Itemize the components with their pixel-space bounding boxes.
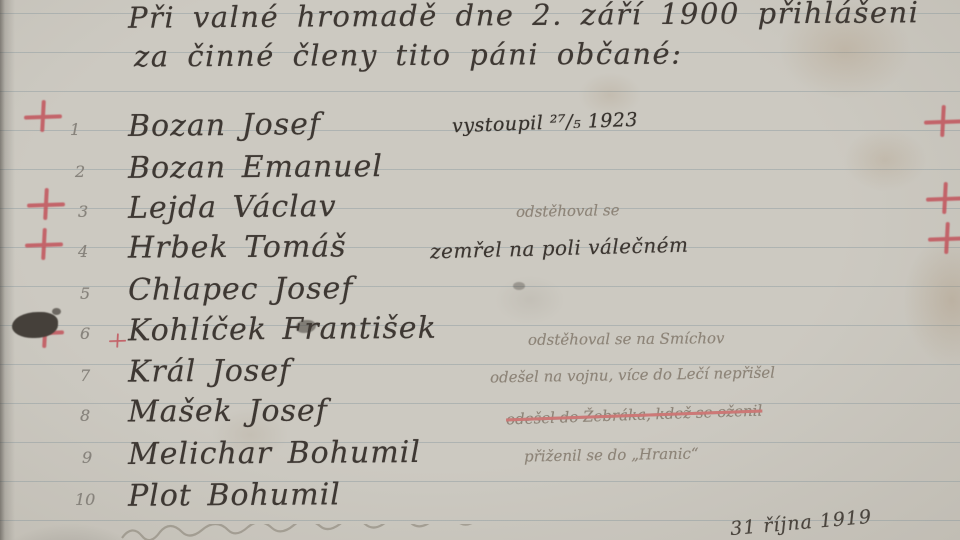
member-name: Mašek Josef [128,393,328,429]
member-name: Král Josef [128,353,291,389]
member-row: 3 Lejda Václav odstěhoval se [0,190,960,230]
member-row: 1 Bozan Josef vystoupil ²⁷/₅ 1923 [0,108,960,148]
member-note: odstěhoval se [516,201,620,221]
member-note: odešel na vojnu, více do Lečí nepřišel [490,364,775,387]
member-note: odstěhoval se na Smíchov [528,329,725,349]
member-name: Kohlíček František [128,311,437,349]
header-line-2: za činné členy tito páni občané: [134,37,683,74]
header-line-1: Při valné hromadě dne 2. září 1900 přihl… [128,0,920,35]
member-name: Plot Bohumil [128,477,341,513]
row-number: 1 [70,120,80,139]
member-note: vystoupil ²⁷/₅ 1923 [452,109,639,137]
row-number: 5 [80,284,90,303]
member-note: přiženil se do „Hranic“ [524,444,699,465]
row-number: 3 [78,202,88,221]
row-number: 8 [80,406,90,425]
member-name: Bozan Josef [128,107,321,144]
member-name: Chlapec Josef [128,271,354,308]
manuscript-page: Při valné hromadě dne 2. září 1900 přihl… [0,0,960,540]
member-note: zemřel na poli válečném [430,233,689,264]
member-note-struck: odešel do Žebráka, kdež se oženil [506,402,763,429]
partial-handwriting-strokes [120,524,640,540]
member-row: 2 Bozan Emanuel [0,150,960,190]
member-name: Bozan Emanuel [128,149,383,186]
member-name: Lejda Václav [128,189,337,226]
member-row: 9 Melichar Bohumil přiženil se do „Hrani… [0,436,960,476]
row-number: 9 [82,448,92,467]
row-number: 2 [75,162,85,181]
member-row: 5 Chlapec Josef [0,272,960,312]
row-number: 10 [75,490,95,509]
member-row: 4 Hrbek Tomáš zemřel na poli válečném [0,230,960,270]
member-row: 6 Kohlíček František odstěhoval se na Sm… [0,312,960,352]
member-name: Melichar Bohumil [128,435,421,472]
member-row: 7 Král Josef odešel na vojnu, více do Le… [0,354,960,394]
row-number: 4 [78,242,88,261]
row-number: 6 [80,324,90,343]
member-row: 8 Mašek Josef odešel do Žebráka, kdež se… [0,394,960,434]
member-name: Hrbek Tomáš [128,229,347,265]
row-number: 7 [80,366,90,385]
